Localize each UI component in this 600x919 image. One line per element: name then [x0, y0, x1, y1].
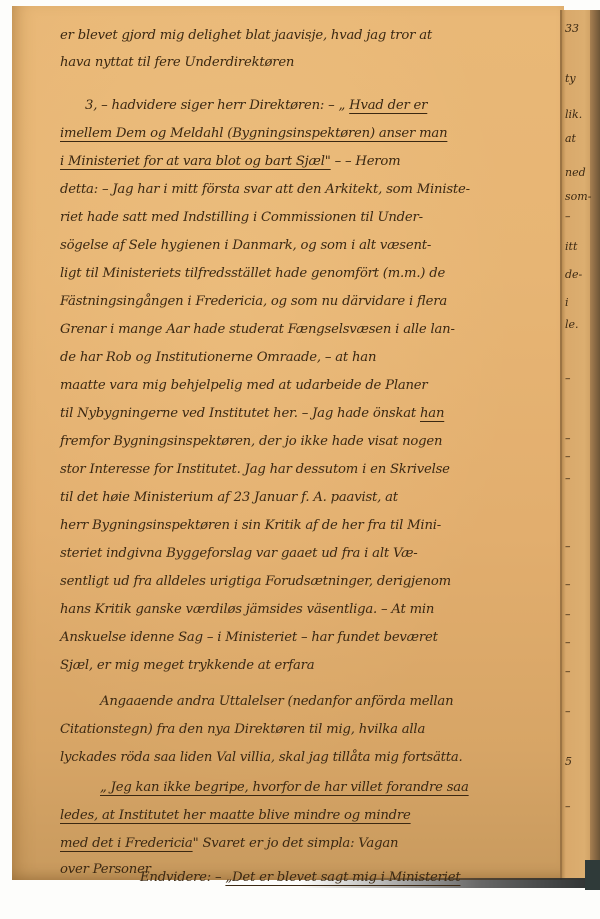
underlined-phrase: i Ministeriet for at vara blot og bart S… [60, 154, 331, 169]
text-line: herr Bygningsinspektøren i sin Kritik af… [60, 518, 441, 533]
text-line: maatte vara mig behjelpelig med at udarb… [60, 378, 428, 393]
text-line: 3, – hadvidere siger herr Direktøren: – … [85, 98, 427, 113]
margin-note: ty [565, 72, 576, 85]
margin-note: at [565, 132, 576, 145]
margin-note: de- [565, 268, 582, 281]
margin-note: – [565, 665, 571, 678]
text-line: Anskuelse idenne Sag – i Ministeriet – h… [60, 630, 438, 645]
underlined-phrase: Hvad der er [349, 98, 427, 113]
margin-note: – [565, 450, 571, 463]
text-line: Sjæl, er mig meget trykkende at erfara [60, 658, 314, 673]
margin-note: 33 [565, 22, 579, 35]
text-line-underlined: „ Jeg kan ikke begripe, hvorfor de har v… [100, 780, 469, 795]
text-line: detta: – Jag har i mitt första svar att … [60, 182, 470, 197]
margin-note: – [565, 578, 571, 591]
text-line: til det høie Ministerium af 23 Januar f.… [60, 490, 398, 505]
text-line: riet hade satt med Indstilling i Commiss… [60, 210, 423, 225]
margin-note: – [565, 636, 571, 649]
margin-note: itt [565, 240, 577, 253]
text-line: Endvidere: – „Det er blevet sagt mig i M… [140, 870, 460, 885]
book-binding-edge [590, 10, 600, 890]
margin-note: – [565, 372, 571, 385]
text-line-part: " Svaret er jo det simpla: Vagan [193, 836, 399, 851]
margin-note: – [565, 210, 571, 223]
text-line: i Ministeriet for at vara blot og bart S… [60, 154, 400, 169]
text-line: sögelse af Sele hygienen i Danmark, og s… [60, 238, 431, 253]
text-line: sentligt ud fra alldeles urigtiga Foruds… [60, 574, 451, 589]
text-line: steriet indgivna Byggeforslag var gaaet … [60, 546, 418, 561]
margin-note: – [565, 540, 571, 553]
margin-note: som- [565, 190, 591, 203]
text-line: med det i Fredericia" Svaret er jo det s… [60, 836, 398, 851]
text-line: til Nybygningerne ved Institutet her. – … [60, 406, 444, 421]
margin-note: – [565, 472, 571, 485]
margin-note: 5 [565, 755, 572, 768]
text-line: hans Kritik ganske værdiløs jämsides väs… [60, 602, 434, 617]
margin-note: ned [565, 166, 586, 179]
margin-note: – [565, 608, 571, 621]
margin-note: lik. [565, 108, 582, 121]
margin-note: i [565, 296, 569, 309]
text-line-underlined: ledes, at Institutet her maatte blive mi… [60, 808, 411, 823]
text-line-part: – – Herom [331, 154, 401, 169]
text-line: hava nyttat til fere Underdirektøren [60, 55, 294, 70]
text-line: lyckades röda saa liden Val villia, skal… [60, 750, 463, 765]
text-line: Grenar i mange Aar hade studerat Fængsel… [60, 322, 455, 337]
text-line: Citationstegn) fra den nya Direktøren ti… [60, 722, 425, 737]
text-line: fremfor Bygningsinspektøren, der jo ikke… [60, 434, 442, 449]
underlined-phrase: med det i Fredericia [60, 836, 193, 851]
text-line: er blevet gjord mig delighet blat jaavis… [60, 28, 432, 43]
text-line-part: Endvidere: – [140, 870, 225, 885]
margin-note: – [565, 800, 571, 813]
text-line: ligt til Ministeriets tilfredsstället ha… [60, 266, 445, 281]
text-line: de har Rob og Institutionerne Omraade, –… [60, 350, 376, 365]
text-line-part: 3, – hadvidere siger herr Direktøren: – … [85, 98, 349, 113]
text-line: stor Interesse for Institutet. Jag har d… [60, 462, 450, 477]
book-cover-corner [585, 860, 600, 890]
text-line: Angaaende andra Uttalelser (nedanfor anf… [100, 694, 453, 709]
margin-note: – [565, 705, 571, 718]
margin-note: le. [565, 318, 579, 331]
underlined-phrase: „Det er blevet sagt mig i Ministeriet [225, 870, 460, 885]
text-line-underlined: imellem Dem og Meldahl (Bygningsinspektø… [60, 126, 447, 141]
margin-note: – [565, 432, 571, 445]
text-line: Fästningsingången i Fredericia, og som n… [60, 294, 447, 309]
text-line: over Personer [60, 862, 151, 877]
underlined-phrase: han [420, 406, 444, 421]
text-line-part: til Nybygningerne ved Institutet her. – … [60, 406, 420, 421]
